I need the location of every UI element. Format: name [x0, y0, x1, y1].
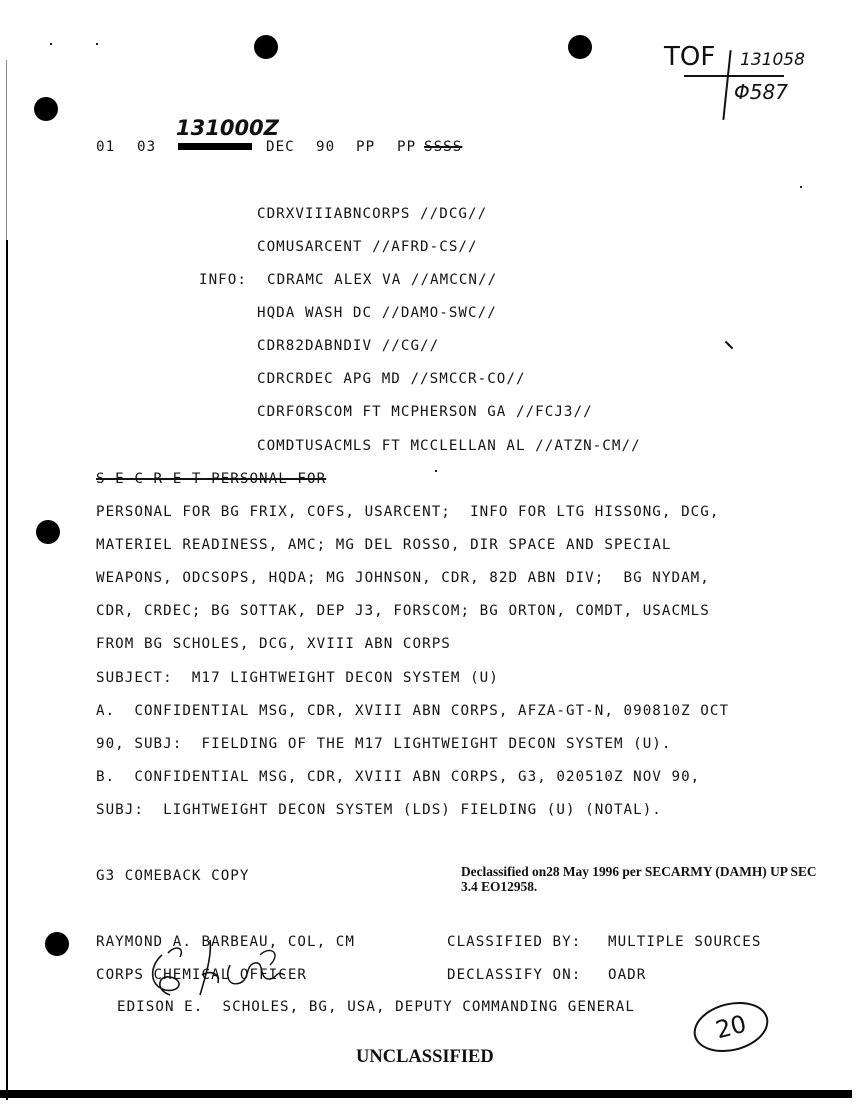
- body-line: WEAPONS, ODCSOPS, HQDA; MG JOHNSON, CDR,…: [96, 570, 710, 586]
- header-month: DEC: [266, 139, 295, 155]
- scan-mark: [725, 341, 733, 349]
- scan-speck: [800, 186, 802, 188]
- subject-line: SUBJECT: M17 LIGHTWEIGHT DECON SYSTEM (U…: [96, 670, 499, 686]
- punch-hole: [254, 35, 278, 59]
- redacted-dtg: [178, 143, 252, 150]
- header-col2: 03: [137, 139, 156, 155]
- scan-edge-line: [6, 240, 8, 1100]
- header-precedence-1: PP: [356, 139, 375, 155]
- punch-hole: [45, 932, 69, 956]
- reference-b-line: B. CONFIDENTIAL MSG, CDR, XVIII ABN CORP…: [96, 769, 700, 785]
- header-struck-classification: SSSS: [424, 139, 462, 155]
- reference-a-line: 90, SUBJ: FIELDING OF THE M17 LIGHTWEIGH…: [96, 736, 672, 752]
- tof-hline: [684, 75, 784, 77]
- declass-line-2: 3.4 EO12958.: [461, 879, 817, 894]
- scan-bottom-bar: [0, 1090, 852, 1098]
- info-label: INFO:: [199, 272, 247, 288]
- info-addressee: HQDA WASH DC //DAMO-SWC//: [257, 305, 497, 321]
- info-addressee: COMDTUSACMLS FT MCCLELLAN AL //ATZN-CM//: [257, 438, 641, 454]
- info-addressee: CDRAMC ALEX VA //AMCCN//: [267, 272, 497, 288]
- info-addressee: CDRCRDEC APG MD //SMCCR-CO//: [257, 371, 526, 387]
- header-year: 90: [316, 139, 335, 155]
- punch-hole: [568, 35, 592, 59]
- page-number: 20: [713, 1010, 749, 1045]
- reference-a-line: A. CONFIDENTIAL MSG, CDR, XVIII ABN CORP…: [96, 703, 729, 719]
- declassification-stamp: Declassified on28 May 1996 per SECARMY (…: [461, 864, 817, 894]
- struck-classification-line: S E C R E T PERSONAL FOR: [96, 471, 326, 487]
- scan-speck: [435, 470, 437, 472]
- classified-by-value: MULTIPLE SOURCES: [608, 934, 761, 950]
- from-line: FROM BG SCHOLES, DCG, XVIII ABN CORPS: [96, 636, 451, 652]
- header-precedence-2: PP: [397, 139, 416, 155]
- action-addressee: COMUSARCENT //AFRD-CS//: [257, 239, 478, 255]
- handwritten-signature-icon: [140, 935, 310, 1005]
- scan-edge-line: [6, 60, 7, 240]
- reference-b-line: SUBJ: LIGHTWEIGHT DECON SYSTEM (LDS) FIE…: [96, 802, 662, 818]
- declassify-on-label: DECLASSIFY ON:: [447, 967, 581, 983]
- circled-page-number: 20: [688, 995, 773, 1060]
- action-addressee: CDRXVIIIABNCORPS //DCG//: [257, 206, 487, 222]
- dtg-handwritten-correction: 131000Z: [176, 116, 279, 140]
- info-addressee: CDRFORSCOM FT MCPHERSON GA //FCJ3//: [257, 404, 593, 420]
- punch-hole: [36, 520, 60, 544]
- classified-by-label: CLASSIFIED BY:: [447, 934, 581, 950]
- punch-hole: [34, 97, 58, 121]
- scan-speck: [50, 43, 52, 45]
- body-line: CDR, CRDEC; BG SOTTAK, DEP J3, FORSCOM; …: [96, 603, 710, 619]
- scan-speck: [96, 43, 98, 45]
- tof-vline: [722, 50, 731, 120]
- tof-top-value: 131058: [740, 50, 805, 70]
- tof-bottom-value: Φ587: [734, 80, 788, 104]
- info-addressee: CDR82DABNDIV //CG//: [257, 338, 439, 354]
- declassify-on-value: OADR: [608, 967, 646, 983]
- footer-classification-marking: UNCLASSIFIED: [356, 1047, 494, 1068]
- tof-label: TOF: [664, 42, 715, 72]
- header-col1: 01: [96, 139, 115, 155]
- body-line: MATERIEL READINESS, AMC; MG DEL ROSSO, D…: [96, 537, 672, 553]
- comeback-copy: G3 COMEBACK COPY: [96, 868, 249, 884]
- declass-line-1: Declassified on28 May 1996 per SECARMY (…: [461, 864, 817, 879]
- body-line: PERSONAL FOR BG FRIX, COFS, USARCENT; IN…: [96, 504, 719, 520]
